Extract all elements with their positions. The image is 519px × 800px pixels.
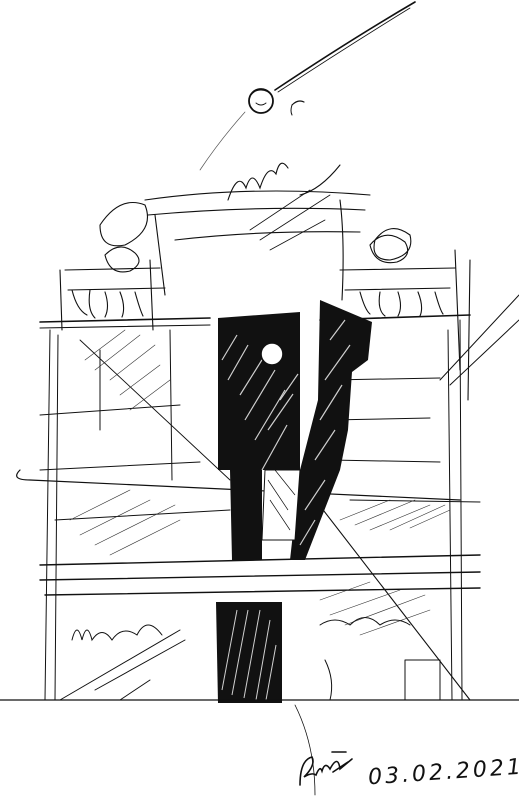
central-dark-mass [218, 300, 372, 560]
sky-stroke [200, 2, 415, 170]
round-window [261, 343, 283, 365]
sketch-canvas: 03.02.2021 [0, 0, 519, 800]
left-balcony [40, 247, 210, 330]
ground-door [216, 602, 282, 703]
facade-sketch [0, 0, 519, 800]
sun-with-face-icon [249, 89, 273, 113]
roof-cornice [100, 163, 411, 300]
artist-signature [295, 705, 352, 795]
